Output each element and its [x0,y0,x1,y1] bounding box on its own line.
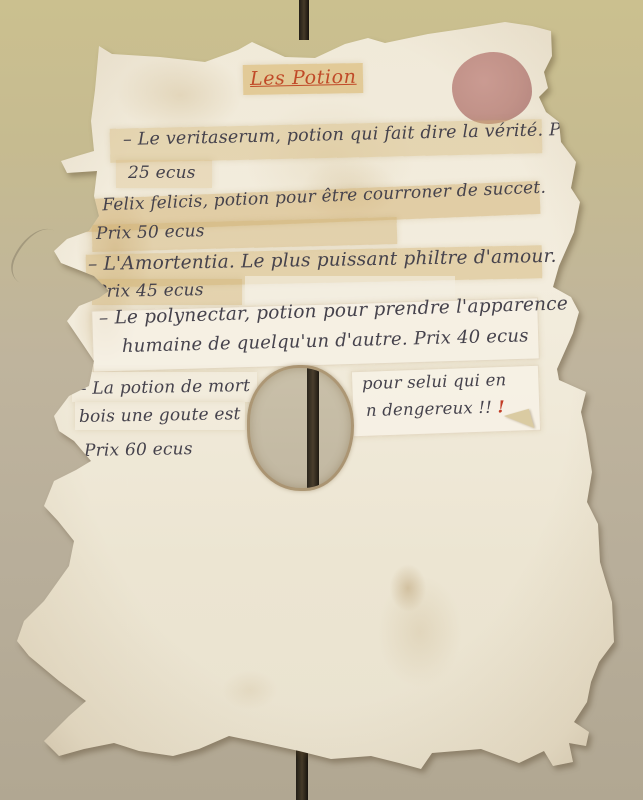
potion-item-5-line-1-left: – La potion de mort [78,376,250,399]
parchment: Les Potion – Le veritaserum, potion qui … [0,0,643,800]
torn-hole [247,365,354,491]
photo-of-parchment-menu: Les Potion – Le veritaserum, potion qui … [0,0,643,800]
parchment-sheet: Les Potion – Le veritaserum, potion qui … [0,0,643,800]
potion-item-2-price: Prix 50 ecus [96,221,205,244]
potion-item-5-line-1-right: pour selui qui en [362,370,507,393]
potion-item-3-price: Prix 45 ecus [95,280,204,302]
potion-item-5-price: Prix 60 ecus [84,439,193,461]
wax-seal [452,52,532,124]
potion-item-5-line-2-left: bois une goute est [79,404,241,427]
page-title: Les Potion [250,66,357,90]
potion-item-5-line-2-right: n dengereux !! ! [366,397,505,420]
support-rod-through-hole [307,365,319,491]
potion-item-1-price: 25 ecus [128,163,196,183]
red-exclamation-mark: ! [497,397,505,416]
potion-item-5-warning-text: n dengereux !! [366,398,493,420]
